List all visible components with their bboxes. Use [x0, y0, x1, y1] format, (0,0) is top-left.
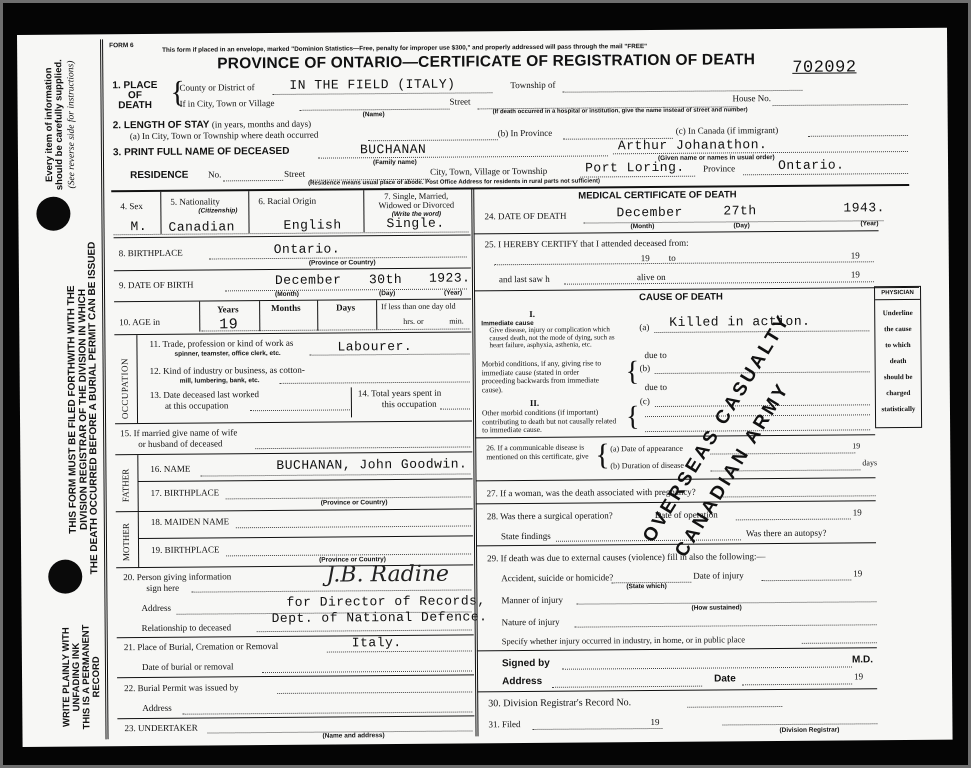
county-label: County or District of	[179, 82, 254, 93]
pregnancy-line	[721, 495, 876, 497]
dod-day: 27th	[723, 203, 756, 218]
specify-line	[802, 642, 877, 644]
permit-address-label: Address	[142, 703, 172, 713]
autopsy-label: Was there an autopsy?	[746, 528, 827, 539]
nature-label: Nature of injury	[502, 617, 560, 627]
given-names-value: Arthur Johanathon.	[618, 137, 768, 153]
residence-province-value: Ontario.	[778, 158, 845, 174]
row-divider	[477, 688, 877, 692]
row-divider	[116, 508, 473, 512]
dob-month: December	[275, 272, 342, 288]
undertaker-hint: (Name and address)	[322, 732, 384, 739]
father-name-value: BUCHANAN, John Goodwin.	[276, 456, 467, 472]
dob-year: 1923.	[429, 270, 471, 285]
signed-by-label: Signed by	[502, 658, 550, 669]
residence-province-label: Province	[703, 163, 735, 173]
medical-heading: MEDICAL CERTIFICATE OF DEATH	[578, 189, 736, 201]
trade-line	[310, 353, 470, 355]
row-divider	[475, 434, 875, 438]
trade-label-1: 11. Trade, profession or kind of work as	[149, 338, 293, 349]
margin-note-top: Every item of information should be care…	[44, 55, 78, 195]
row-divider	[139, 535, 473, 539]
last-saw-line	[564, 281, 874, 284]
stay-canada-label: (c) In Canada (if immigrant)	[676, 125, 779, 136]
informant-signature: J.B. Radine	[326, 562, 449, 588]
age-hrs-label: hrs. or	[403, 317, 424, 326]
residence-province-line	[743, 173, 908, 175]
birthplace-value: Ontario.	[274, 241, 341, 257]
father-name-label: 16. NAME	[150, 464, 190, 474]
relationship-line	[257, 629, 472, 632]
row-divider	[117, 715, 474, 719]
date-injury-label: Date of injury	[693, 570, 744, 580]
row-divider	[139, 478, 473, 482]
brace-communicable: {	[595, 440, 610, 470]
dob-line	[225, 288, 467, 291]
dod-month-hint: (Month)	[630, 223, 654, 230]
row-divider	[114, 267, 471, 271]
cell-divider	[248, 191, 249, 233]
communicable-label: 26. If a communicable disease is mention…	[486, 443, 591, 462]
last-worked-2: at this occupation	[165, 400, 229, 410]
certificate-title: PROVINCE OF ONTARIO—CERTIFICATE OF REGIS…	[217, 51, 755, 73]
residence-city-label: City, Town, Village or Township	[430, 166, 547, 177]
cause-i-label: I.	[529, 309, 535, 319]
medical-date-line	[742, 683, 852, 685]
dob-day-hint: (Day)	[379, 290, 395, 297]
last-worked-1: 13. Date deceased last worked	[150, 389, 259, 400]
cell-divider	[376, 300, 377, 330]
mother-maiden-line	[236, 525, 471, 528]
signed-by-line	[562, 666, 852, 669]
punch-hole-top	[36, 197, 70, 231]
column-divider	[471, 188, 478, 736]
cell-divider	[363, 190, 364, 232]
last-worked-line	[250, 409, 350, 411]
row-divider	[115, 451, 472, 455]
nature-line	[575, 624, 877, 627]
physician-box: PHYSICIAN Underline the cause to which d…	[874, 286, 922, 428]
medical-address-label: Address	[502, 676, 542, 687]
duration-days: days	[862, 458, 877, 467]
operation-label: 28. Was there a surgical operation?	[487, 510, 613, 521]
family-name-hint: (Family name)	[373, 159, 417, 166]
age-less-label: If less than one day old	[381, 302, 456, 312]
residence-label: RESIDENCE	[130, 170, 188, 181]
marital-value: Single.	[386, 216, 444, 231]
family-name-value: BUCHANAN	[360, 142, 427, 158]
place-of-death-label: 1. PLACE OF DEATH	[112, 81, 157, 111]
informant-label-2: sign here	[146, 583, 179, 593]
occupation-side-label: OCCUPATION	[120, 358, 130, 419]
racial-origin-label: 6. Racial Origin	[258, 196, 316, 206]
due-to-2: due to	[645, 382, 667, 392]
total-years-2: this occupation	[382, 399, 437, 409]
mother-divider	[138, 512, 139, 568]
findings-label: State findings	[501, 531, 551, 541]
name-hint: (Name)	[363, 111, 385, 118]
cell-divider	[317, 301, 318, 331]
division-registrar-line	[722, 723, 877, 725]
residence-no-label: No.	[208, 169, 221, 179]
state-which-hint: (State which)	[626, 583, 667, 590]
city-label: If in City, Town or Village	[180, 98, 275, 109]
operation-19: 19	[853, 507, 862, 517]
margin-note-filing: THIS FORM MUST BE FILED FORTHWITH WITH T…	[67, 244, 101, 574]
mother-birthplace-label: 19. BIRTHPLACE	[151, 544, 220, 555]
date-injury-line	[761, 579, 851, 581]
cell-divider	[160, 192, 161, 234]
stay-city-label: (a) In City, Town or Township where deat…	[130, 130, 319, 141]
medical-date-label: Date	[714, 673, 736, 684]
age-days-label: Days	[336, 302, 355, 312]
trade-value: Labourer.	[337, 339, 412, 355]
informant-address-label: Address	[141, 603, 171, 613]
age-label: 10. AGE in	[119, 317, 160, 327]
certify-19b: 19	[851, 250, 860, 260]
sex-value: M.	[130, 219, 147, 234]
external-label: 29. If death was due to external causes …	[487, 551, 765, 563]
form-label: FORM 6	[109, 42, 134, 49]
appearance-19: 19	[852, 441, 860, 450]
cause-a-prefix: (a)	[639, 322, 649, 332]
certify-to: to	[669, 253, 676, 263]
informant-address-1: for Director of Records,	[286, 593, 485, 610]
row-divider	[474, 230, 879, 234]
burial-place-line	[327, 650, 472, 652]
spouse-label-2: or husband of deceased	[138, 438, 222, 449]
age-months-label: Months	[271, 303, 301, 313]
row-divider	[114, 331, 471, 335]
registrar-record-label: 30. Division Registrar's Record No.	[488, 697, 631, 709]
nationality-label: 5. Nationality	[170, 196, 220, 206]
father-divider	[137, 455, 138, 511]
cause-c-prefix: (c)	[640, 396, 650, 406]
age-years-label: Years	[217, 304, 239, 314]
full-name-label: 3. PRINT FULL NAME OF DECEASED	[113, 146, 290, 158]
dod-year-hint: (Year)	[860, 220, 878, 227]
due-to-1: due to	[644, 350, 666, 360]
spouse-line	[255, 446, 470, 449]
cell-divider	[259, 301, 260, 331]
house-line	[773, 104, 908, 106]
residence-city-line	[580, 176, 695, 178]
dod-year: 1943.	[843, 200, 885, 215]
occupation-divider	[136, 335, 138, 423]
margin-note-ink: WRITE PLAINLY WITH UNFADING INK THIS IS …	[62, 614, 103, 739]
other-label: Other morbid conditions (if important) c…	[482, 408, 617, 435]
medical-date-19: 19	[854, 671, 863, 681]
birthplace-hint: (Province or Country)	[309, 259, 376, 267]
cause-b-prefix: (b)	[640, 363, 651, 373]
township-label: Township of	[510, 80, 555, 90]
sex-label: 4. Sex	[120, 201, 143, 211]
mother-maiden-label: 18. MAIDEN NAME	[151, 516, 229, 527]
street-label: Street	[449, 96, 470, 106]
accident-label: Accident, suicide or homicide?	[501, 572, 613, 583]
alive-19: 19	[851, 269, 860, 279]
permit-label: 22. Burial Permit was issued by	[124, 682, 239, 693]
appearance-label: (a) Date of appearance	[610, 444, 683, 454]
row-divider	[117, 674, 474, 678]
father-side-label: FATHER	[120, 469, 130, 502]
undertaker-label: 23. UNDERTAKER	[124, 723, 197, 734]
permit-address-line	[182, 711, 472, 714]
specify-label: Specify whether injury occurred in indus…	[502, 634, 745, 646]
cause-ii-label: II.	[530, 398, 539, 408]
certify-19a: 19	[641, 253, 650, 263]
registration-number: 702092	[792, 58, 856, 78]
father-name-line	[200, 473, 470, 476]
dob-day: 30th	[369, 272, 402, 287]
residence-no-line	[223, 180, 283, 181]
brace-morbid: {	[626, 358, 640, 386]
age-min-label: min.	[449, 317, 464, 326]
cell-divider	[351, 387, 352, 417]
father-birthplace-label: 17. BIRTHPLACE	[151, 487, 220, 498]
brace-other: {	[626, 403, 640, 431]
filed-19: 19	[650, 717, 659, 727]
total-years-line	[440, 408, 470, 409]
cell-divider	[199, 302, 200, 332]
physician-note: Underline the cause to which death shoul…	[875, 300, 921, 417]
immediate-hint: Give disease, injury or complication whi…	[489, 326, 619, 350]
total-years-1: 14. Total years spent in	[358, 388, 442, 399]
informant-address-2: Dept. of National Defence.	[272, 609, 488, 626]
certify-from-line	[494, 261, 874, 265]
burial-date-line	[262, 670, 472, 673]
house-label: House No.	[732, 93, 771, 103]
residence-city-value: Port Loring.	[585, 160, 685, 176]
duration-label: (b) Duration of disease	[610, 461, 684, 471]
burial-place-value: Italy.	[352, 635, 402, 650]
row-divider	[115, 420, 472, 424]
certify-label: 25. I HEREBY CERTIFY that I attended dec…	[485, 238, 689, 250]
dob-year-hint: (Year)	[444, 290, 462, 297]
how-sustained-hint: (How sustained)	[691, 604, 741, 611]
row-divider	[114, 234, 471, 238]
row-divider	[477, 647, 877, 651]
dod-label: 24. DATE OF DEATH	[484, 211, 566, 222]
cause-heading: CAUSE OF DEATH	[639, 291, 723, 303]
birthplace-label: 8. BIRTHPLACE	[119, 248, 183, 259]
dod-day-hint: (Day)	[733, 222, 749, 229]
section-divider	[111, 184, 909, 192]
operation-date-line	[736, 518, 851, 520]
trade-label-2: spinner, teamster, office clerk, etc.	[174, 350, 280, 358]
filed-line	[532, 728, 662, 730]
dob-month-hint: (Month)	[275, 291, 299, 298]
burial-place-label: 21. Place of Burial, Cremation or Remova…	[124, 641, 279, 652]
residence-hint: (Residence means usual place of abode. P…	[308, 178, 600, 186]
informant-sign-line	[191, 589, 471, 592]
md-label: M.D.	[852, 654, 873, 665]
father-birthplace-hint: (Province or Country)	[321, 499, 388, 507]
filed-label: 31. Filed	[488, 719, 520, 729]
morbid-label: Morbid conditions, if any, giving rise t…	[482, 359, 612, 394]
death-certificate: Every item of information should be care…	[17, 28, 953, 747]
mother-side-label: MOTHER	[121, 523, 131, 561]
stay-canada-line	[808, 135, 908, 137]
stay-province-label: (b) In Province	[498, 128, 553, 138]
registrar-record-line	[687, 706, 782, 708]
street-hint: (If death occurred in a hospital or inst…	[493, 107, 748, 115]
injury-19: 19	[853, 568, 862, 578]
manner-label: Manner of injury	[501, 595, 563, 605]
dod-month: December	[616, 205, 683, 221]
residence-street-label: Street	[284, 169, 305, 179]
dob-label: 9. DATE OF BIRTH	[119, 280, 194, 291]
burial-date-label: Date of burial or removal	[142, 661, 234, 672]
informant-label-1: 20. Person giving information	[123, 571, 231, 582]
spouse-label-1: 15. If married give name of wife	[120, 427, 237, 438]
relationship-label: Relationship to deceased	[142, 622, 232, 633]
row-divider	[117, 634, 474, 638]
permit-line	[277, 691, 472, 694]
nationality-hint: (Citizenship)	[198, 207, 237, 214]
medical-address-line	[552, 686, 702, 688]
racial-origin-value: English	[283, 217, 341, 232]
county-value: IN THE FIELD (ITALY)	[289, 77, 455, 93]
industry-label-2: mill, lumbering, bank, etc.	[180, 377, 260, 385]
last-saw-label: and last saw h	[499, 274, 550, 284]
division-registrar-hint: (Division Registrar)	[779, 727, 839, 734]
alive-on-label: alive on	[637, 272, 666, 282]
stay-city-line	[368, 139, 498, 141]
industry-label-1: 12. Kind of industry or business, as cot…	[150, 365, 305, 376]
industry-line	[280, 381, 470, 383]
